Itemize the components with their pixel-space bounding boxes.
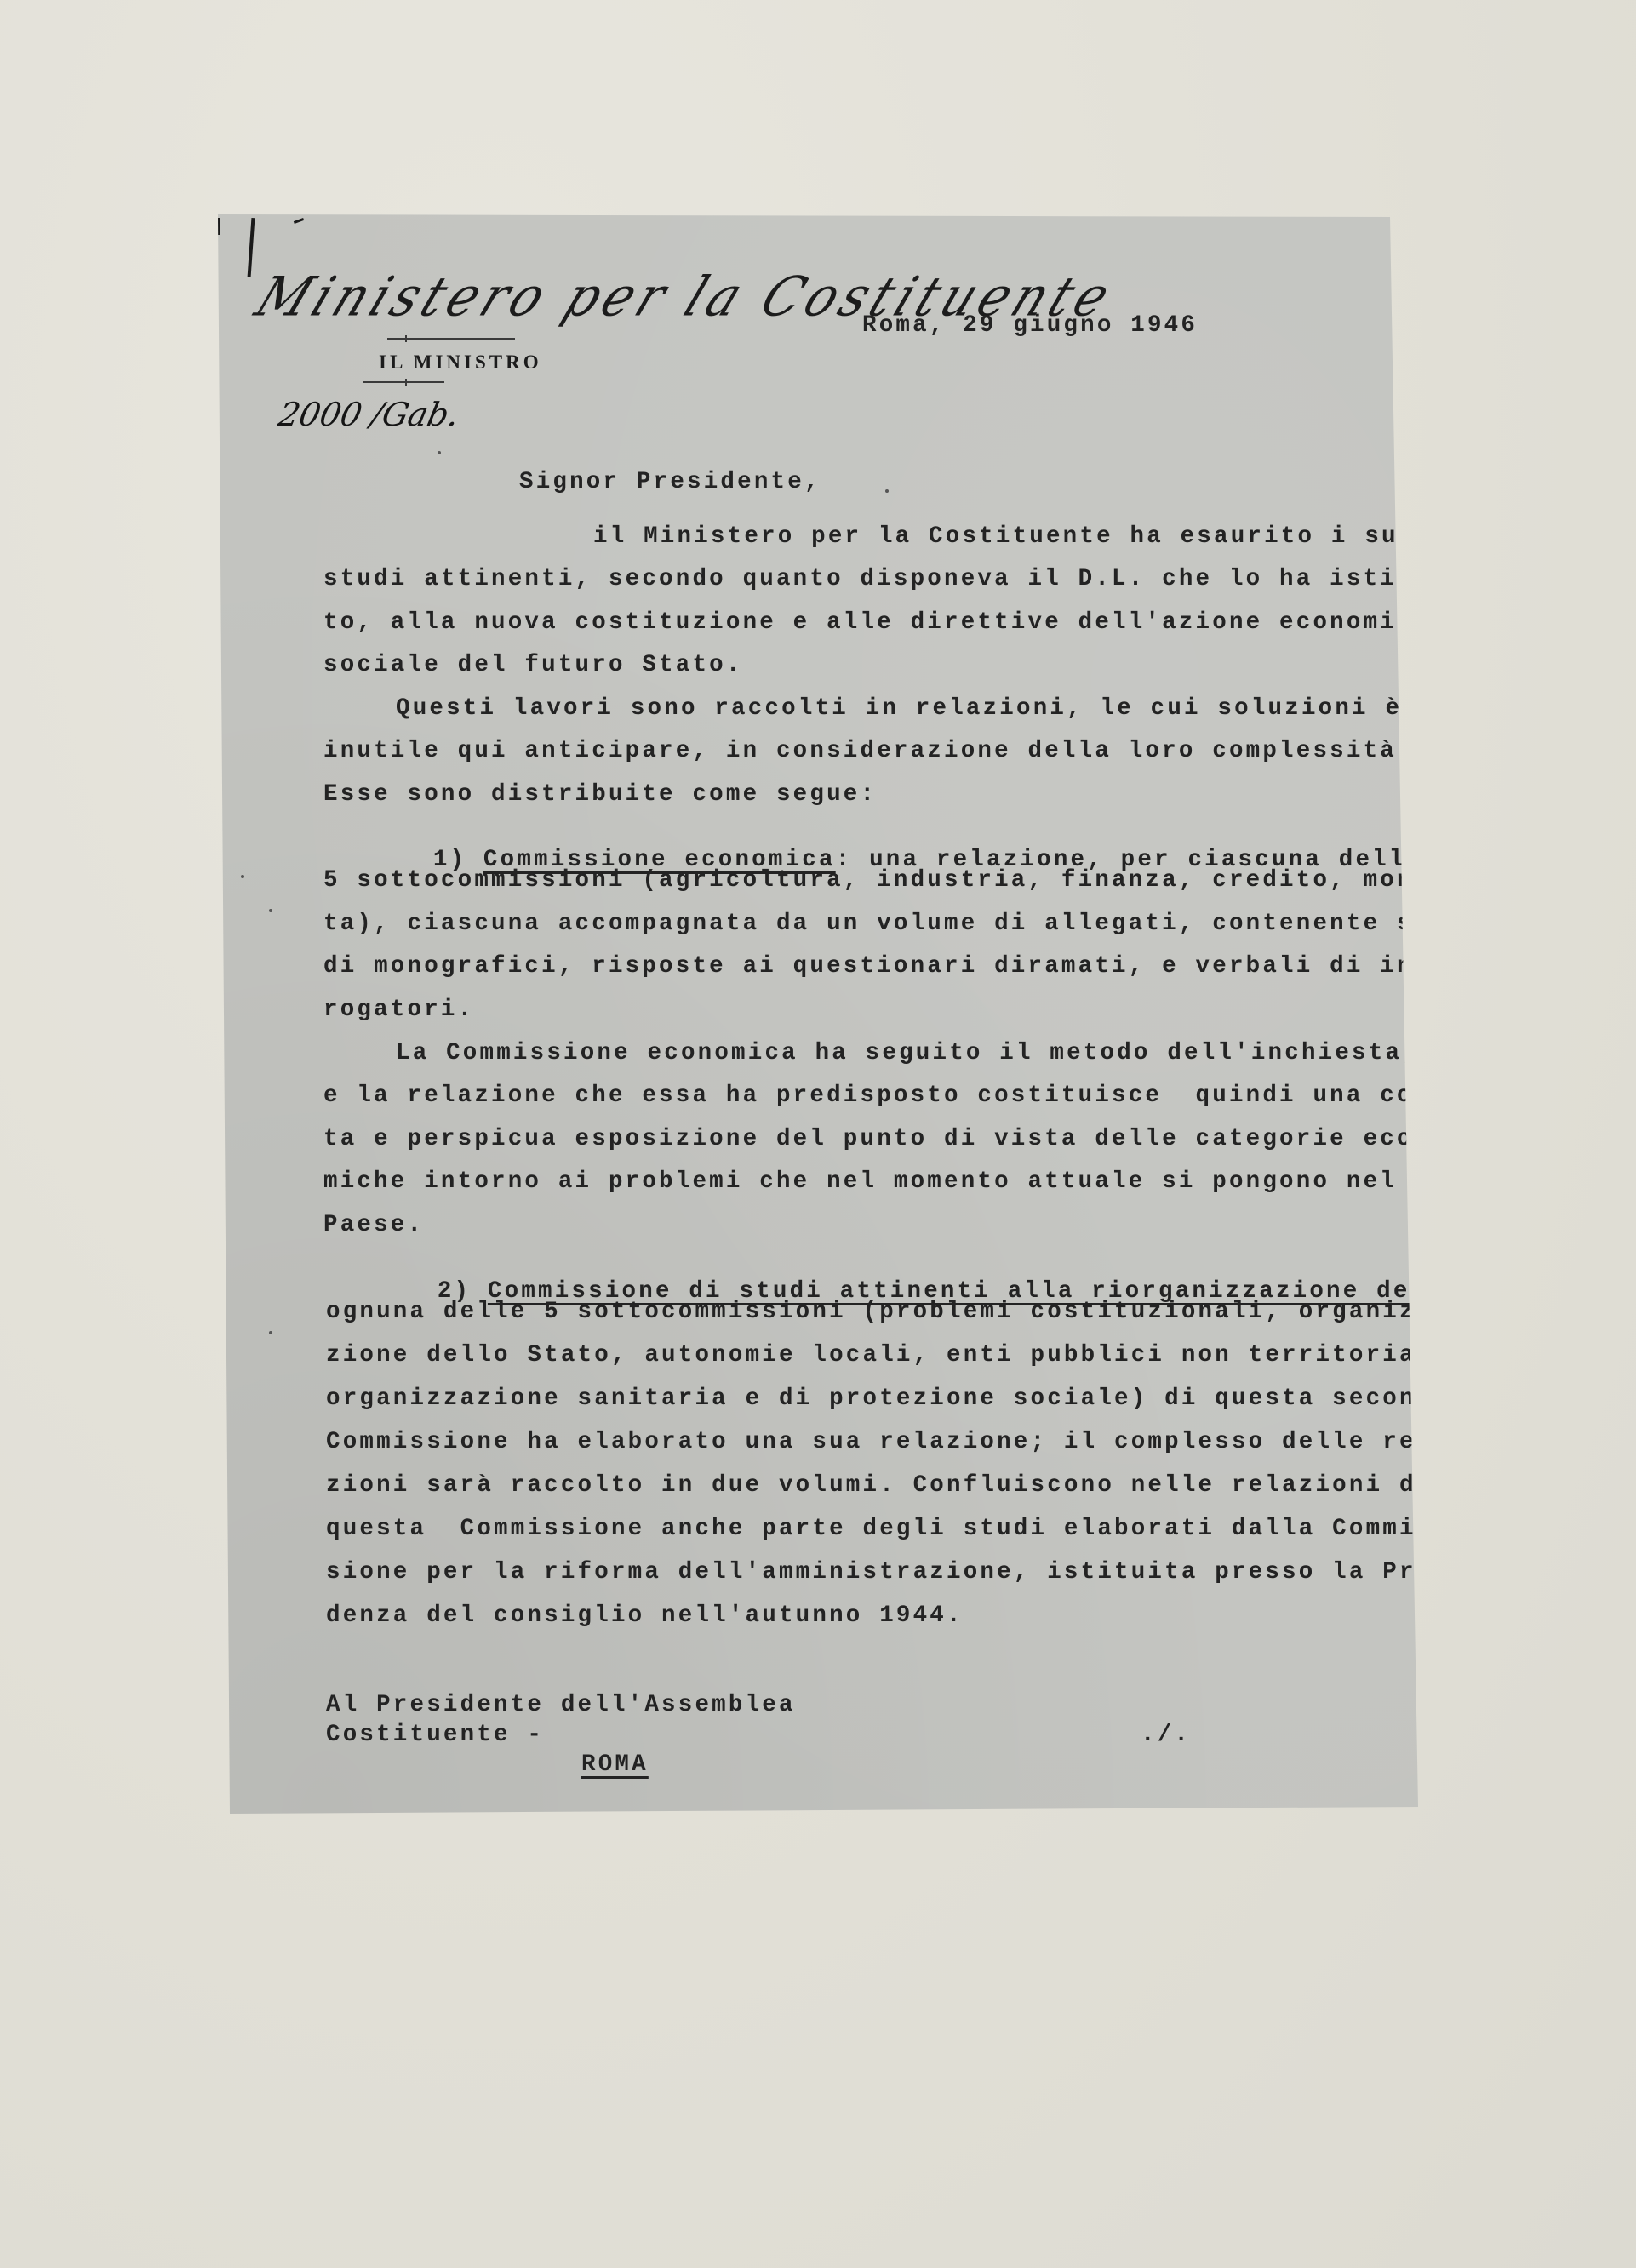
- margin-speck: [269, 909, 272, 912]
- margin-speck: [438, 451, 441, 454]
- item2-line: denza del consiglio nell'autunno 1944.: [326, 1604, 964, 1627]
- margin-speck: [269, 1331, 272, 1334]
- body-line: Esse sono distribuite come segue:: [323, 783, 877, 806]
- item2-line: sione per la riforma dell'amministrazion…: [326, 1561, 1484, 1584]
- body-line: inutile qui anticipare, in considerazion…: [323, 740, 1414, 763]
- item1-line: di monografici, risposte ai questionari …: [323, 955, 1481, 978]
- body-line: studi attinenti, secondo quanto disponev…: [323, 568, 1464, 591]
- body-line: Questi lavori sono raccolti in relazioni…: [396, 697, 1402, 720]
- item1-paragraph2-line: ta e perspicua esposizione del punto di …: [323, 1128, 1464, 1151]
- letterhead-rule-tick: [405, 379, 407, 386]
- pencil-mark: [294, 218, 304, 224]
- handwritten-protocol-note: 2000 /Gab.: [275, 396, 462, 433]
- item2-line: Commissione ha elaborato una sua relazio…: [326, 1431, 1467, 1454]
- item1-paragraph2-line: e la relazione che essa ha predisposto c…: [323, 1084, 1497, 1107]
- continuation-mark: ./.: [1141, 1723, 1191, 1746]
- body-line: to, alla nuova costituzione e alle diret…: [323, 611, 1464, 634]
- pencil-mark: [248, 218, 255, 277]
- body-line: il Ministero per la Costituente ha esaur…: [593, 525, 1432, 548]
- letterhead-title: IL MINISTRO: [379, 351, 542, 374]
- body-line: sociale del futuro Stato.: [323, 654, 743, 677]
- salutation: Signor Presidente,: [519, 471, 821, 494]
- item1-paragraph2-line: miche intorno ai problemi che nel moment…: [323, 1170, 1397, 1193]
- item2-line: ognuna delle 5 sottocommissioni (problem…: [326, 1300, 1467, 1323]
- addressee-line1: Al Presidente dell'Assemblea: [326, 1694, 796, 1717]
- item2-line: organizzazione sanitaria e di protezione…: [326, 1387, 1450, 1410]
- letterhead-rule-bottom: [363, 381, 444, 383]
- letterhead-rule-tick: [405, 335, 407, 342]
- item1-line: rogatori.: [323, 998, 474, 1021]
- item1-line: 5 sottocommissioni (agricoltura, industr…: [323, 869, 1447, 892]
- item1-paragraph2-line: Paese.: [323, 1214, 424, 1237]
- item2-line: zione dello Stato, autonomie locali, ent…: [326, 1344, 1467, 1367]
- margin-speck: [885, 489, 889, 493]
- letter-date: Roma, 29 giugno 1946: [862, 314, 1198, 337]
- document-photocopy: Ministero per la Costituente IL MINISTRO…: [0, 0, 1636, 2268]
- item1-paragraph2-line: La Commissione economica ha seguito il m…: [396, 1042, 1419, 1065]
- item2-line: questa Commissione anche parte degli stu…: [326, 1517, 1450, 1540]
- item1-line: ta), ciascuna accompagnata da un volume …: [323, 912, 1464, 935]
- margin-speck: [241, 875, 244, 878]
- item2-line: zioni sarà raccolto in due volumi. Confl…: [326, 1474, 1433, 1497]
- addressee-line2: Costituente -: [326, 1723, 544, 1746]
- pencil-mark: [218, 218, 220, 235]
- addressee-city: ROMA: [581, 1753, 649, 1776]
